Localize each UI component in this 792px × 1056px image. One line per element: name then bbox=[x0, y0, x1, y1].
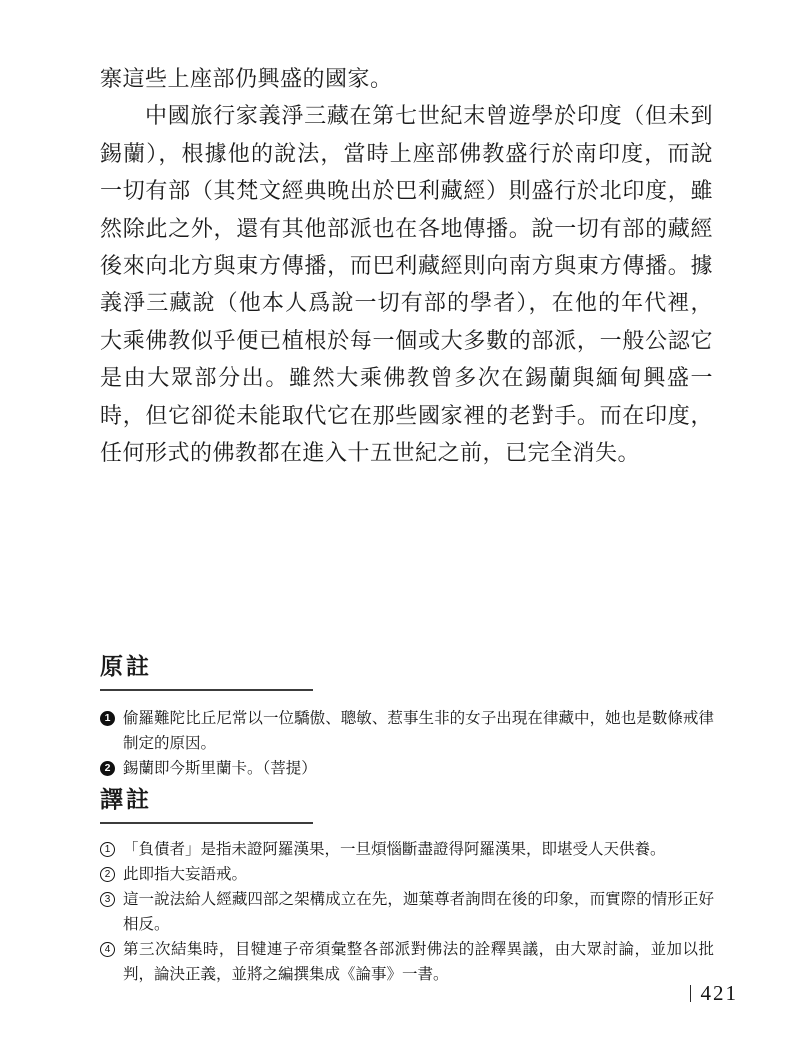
book-page: 寨這些上座部仍興盛的國家。 中國旅行家義淨三藏在第七世紀末曾遊學於印度（但未到錫… bbox=[0, 0, 792, 1056]
note-text: 第三次結集時，目犍連子帝須彙整各部派對佛法的詮釋異議，由大眾討論，並加以批判，論… bbox=[123, 937, 714, 987]
outlined-circle-number-icon: 4 bbox=[100, 942, 115, 957]
note-item: 1 偷羅難陀比丘尼常以一位驕傲、聰敏、惹事生非的女子出現在律藏中，她也是數條戒律… bbox=[100, 706, 714, 756]
note-text: 「負債者」是指未證阿羅漢果，一旦煩惱斷盡證得阿羅漢果，即堪受人天供養。 bbox=[123, 837, 714, 862]
outlined-circle-number-icon: 1 bbox=[100, 842, 115, 857]
filled-circle-number-icon: 2 bbox=[100, 761, 115, 776]
page-number-value: 421 bbox=[701, 981, 739, 1006]
note-text: 偷羅難陀比丘尼常以一位驕傲、聰敏、惹事生非的女子出現在律藏中，她也是數條戒律制定… bbox=[123, 706, 714, 756]
outlined-circle-number-icon: 2 bbox=[100, 867, 115, 882]
note-item: 3 這一說法給人經藏四部之架構成立在先，迦葉尊者詢問在後的印象，而實際的情形正好… bbox=[100, 887, 714, 937]
note-text: 這一說法給人經藏四部之架構成立在先，迦葉尊者詢問在後的印象，而實際的情形正好相反… bbox=[123, 887, 714, 937]
translator-notes-list: 1 「負債者」是指未證阿羅漢果，一旦煩惱斷盡證得阿羅漢果，即堪受人天供養。 2 … bbox=[100, 837, 714, 987]
note-item: 2 錫蘭即今斯里蘭卡。（菩提） bbox=[100, 756, 714, 781]
body-paragraph-continuation: 寨這些上座部仍興盛的國家。 bbox=[100, 60, 713, 97]
note-item: 1 「負債者」是指未證阿羅漢果，一旦煩惱斷盡證得阿羅漢果，即堪受人天供養。 bbox=[100, 837, 714, 862]
original-notes-section: 原註 1 偷羅難陀比丘尼常以一位驕傲、聰敏、惹事生非的女子出現在律藏中，她也是數… bbox=[100, 648, 714, 781]
note-text: 錫蘭即今斯里蘭卡。（菩提） bbox=[123, 756, 714, 781]
body-paragraph: 中國旅行家義淨三藏在第七世紀末曾遊學於印度（但未到錫蘭），根據他的說法，當時上座… bbox=[100, 97, 713, 471]
translator-notes-section: 譯註 1 「負債者」是指未證阿羅漢果，一旦煩惱斷盡證得阿羅漢果，即堪受人天供養。… bbox=[100, 781, 714, 987]
original-notes-list: 1 偷羅難陀比丘尼常以一位驕傲、聰敏、惹事生非的女子出現在律藏中，她也是數條戒律… bbox=[100, 706, 714, 781]
note-item: 2 此即指大妄語戒。 bbox=[100, 862, 714, 887]
translator-notes-heading: 譯註 bbox=[100, 781, 714, 814]
page-number: 421 bbox=[690, 981, 739, 1006]
page-number-separator bbox=[690, 985, 691, 1002]
filled-circle-number-icon: 1 bbox=[100, 711, 115, 726]
body-text-block: 寨這些上座部仍興盛的國家。 中國旅行家義淨三藏在第七世紀末曾遊學於印度（但未到錫… bbox=[100, 60, 713, 471]
original-notes-heading: 原註 bbox=[100, 648, 714, 681]
heading-rule bbox=[100, 822, 313, 824]
heading-rule bbox=[100, 689, 313, 691]
note-item: 4 第三次結集時，目犍連子帝須彙整各部派對佛法的詮釋異議，由大眾討論，並加以批判… bbox=[100, 937, 714, 987]
outlined-circle-number-icon: 3 bbox=[100, 892, 115, 907]
note-text: 此即指大妄語戒。 bbox=[123, 862, 714, 887]
